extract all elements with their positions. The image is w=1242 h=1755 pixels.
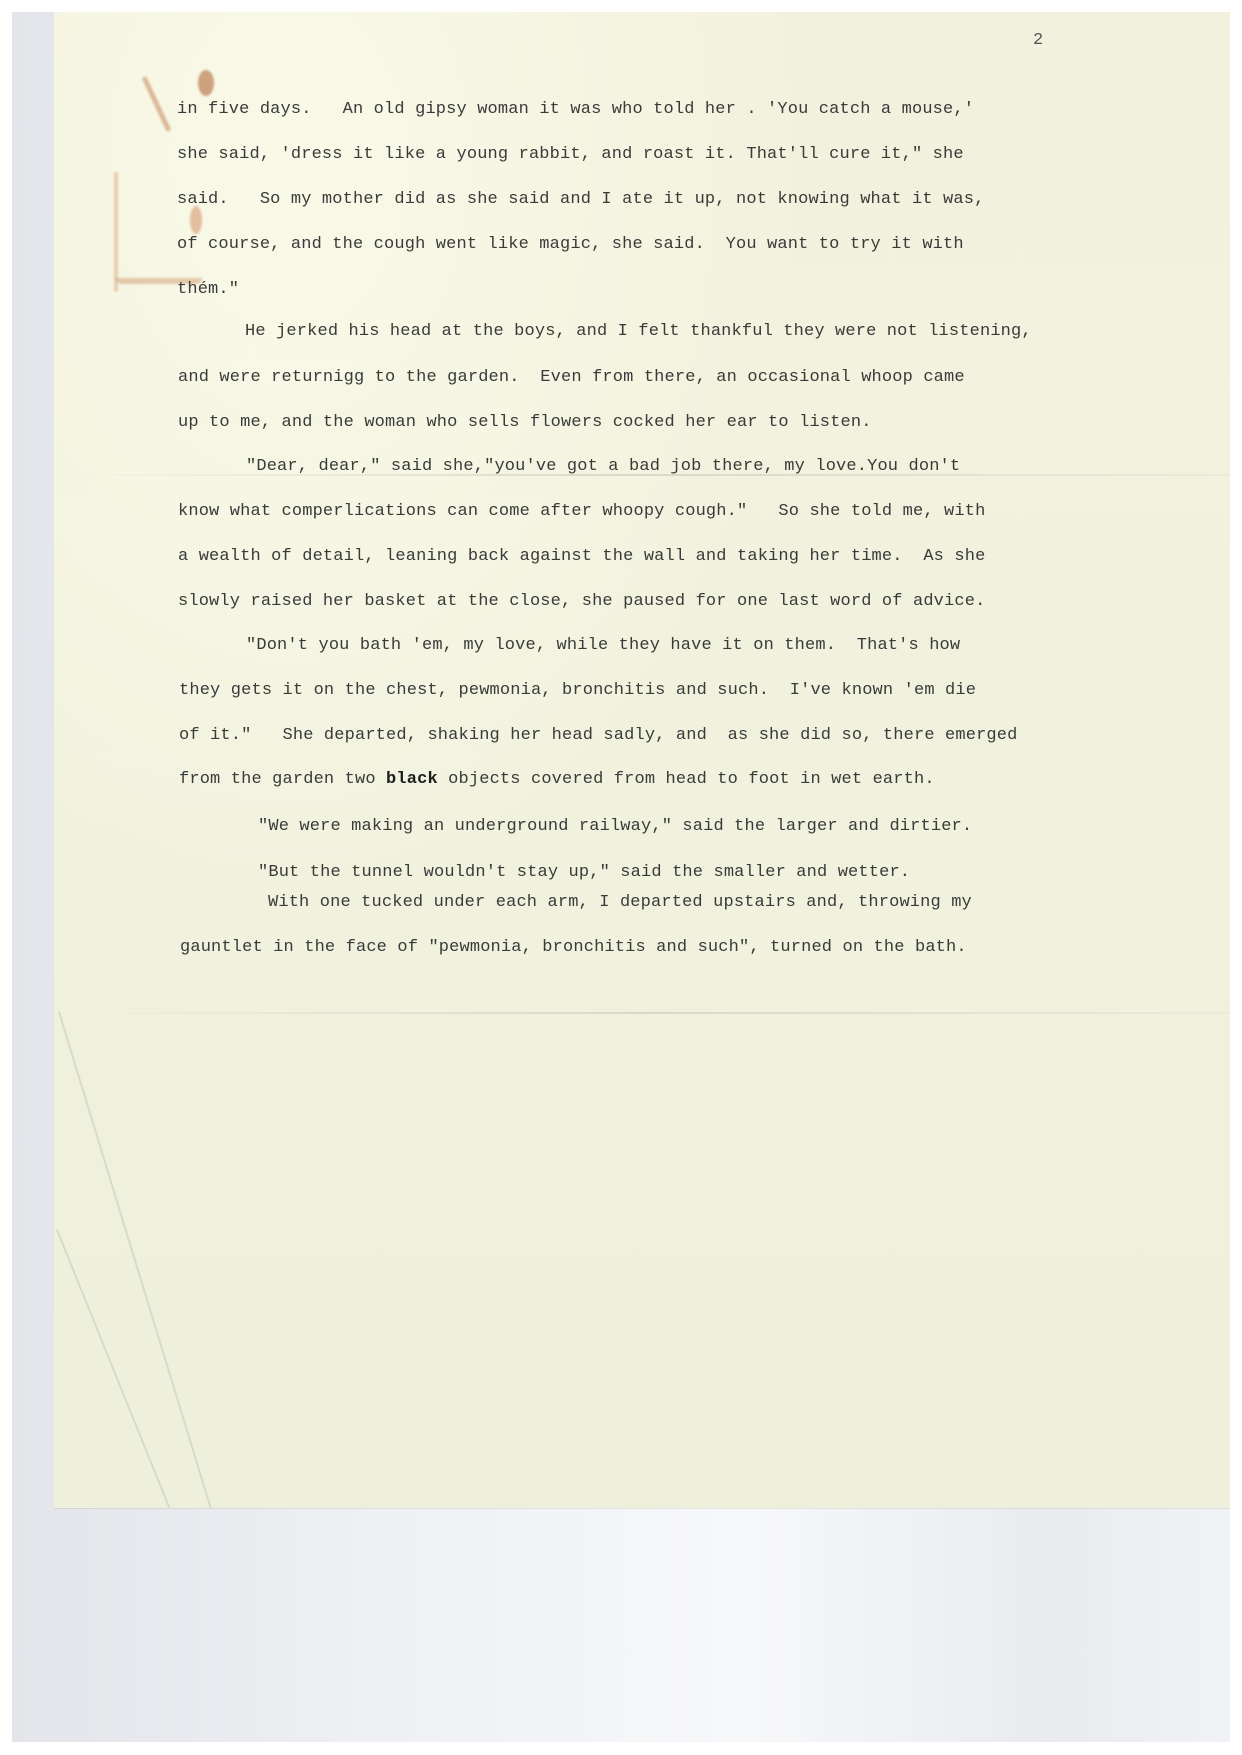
- text-line-content: thém.": [177, 280, 239, 299]
- text-line: "We were making an underground railway,"…: [258, 817, 972, 837]
- text-line-content: "Dear, dear," said she,"you've got a bad…: [246, 457, 960, 476]
- text-line-content: "But the tunnel wouldn't stay up," said …: [258, 863, 910, 882]
- fold-crease-diagonal-2: [56, 1229, 170, 1508]
- text-line-content: said. So my mother did as she said and I…: [177, 190, 984, 209]
- text-line: He jerked his head at the boys, and I fe…: [245, 322, 1032, 342]
- text-line-content: He jerked his head at the boys, and I fe…: [245, 322, 1032, 341]
- text-line-content: she said, 'dress it like a young rabbit,…: [177, 145, 964, 164]
- text-line: in five days. An old gipsy woman it was …: [177, 100, 974, 120]
- text-line-content: slowly raised her basket at the close, s…: [178, 592, 985, 611]
- page-number: 2: [1033, 31, 1043, 50]
- text-line: she said, 'dress it like a young rabbit,…: [177, 145, 964, 165]
- text-line-content: "We were making an underground railway,"…: [258, 817, 972, 836]
- text-line: know what comperlications can come after…: [178, 502, 985, 522]
- text-line: said. So my mother did as she said and I…: [177, 190, 984, 210]
- text-line: "Dear, dear," said she,"you've got a bad…: [246, 457, 960, 477]
- text-line-continuation: objects covered from head to foot in wet…: [438, 770, 935, 789]
- fold-crease-diagonal: [58, 1011, 212, 1509]
- text-line-content: "Don't you bath 'em, my love, while they…: [246, 636, 960, 655]
- rust-stain-drip-lower: [114, 172, 118, 292]
- text-line-content: gauntlet in the face of "pewmonia, bronc…: [180, 938, 967, 957]
- text-line: they gets it on the chest, pewmonia, bro…: [179, 681, 976, 701]
- text-line: of course, and the cough went like magic…: [177, 235, 964, 255]
- text-line: slowly raised her basket at the close, s…: [178, 592, 985, 612]
- fold-crease-horizontal-lower: [54, 1012, 1230, 1014]
- text-line-content: they gets it on the chest, pewmonia, bro…: [179, 681, 976, 700]
- rust-stain: [198, 70, 214, 96]
- rust-stain-lower: [190, 206, 202, 234]
- text-line-content: in five days. An old gipsy woman it was …: [177, 100, 974, 119]
- text-line-content: from the garden two: [179, 770, 386, 789]
- text-line-content: of course, and the cough went like magic…: [177, 235, 964, 254]
- text-line: a wealth of detail, leaning back against…: [178, 547, 985, 567]
- text-line-content: a wealth of detail, leaning back against…: [178, 547, 985, 566]
- text-line-content: With one tucked under each arm, I depart…: [268, 893, 972, 912]
- text-line-content: and were returnigg to the garden. Even f…: [178, 368, 965, 387]
- text-line: thém.": [177, 280, 239, 300]
- text-line: of it." She departed, shaking her head s…: [179, 726, 1017, 746]
- text-line: and were returnigg to the garden. Even f…: [178, 368, 965, 388]
- rust-stain-drip: [142, 76, 172, 132]
- text-line: "Don't you bath 'em, my love, while they…: [246, 636, 960, 656]
- text-line: "But the tunnel wouldn't stay up," said …: [258, 863, 910, 883]
- text-line-content: up to me, and the woman who sells flower…: [178, 413, 872, 432]
- text-line-content: of it." She departed, shaking her head s…: [179, 726, 1017, 745]
- text-line: gauntlet in the face of "pewmonia, bronc…: [180, 938, 967, 958]
- overtyped-word: black: [386, 770, 438, 789]
- text-line: up to me, and the woman who sells flower…: [178, 413, 872, 433]
- text-line-content: know what comperlications can come after…: [178, 502, 985, 521]
- text-line: from the garden two black objects covere…: [179, 770, 935, 790]
- text-line: With one tucked under each arm, I depart…: [268, 893, 972, 913]
